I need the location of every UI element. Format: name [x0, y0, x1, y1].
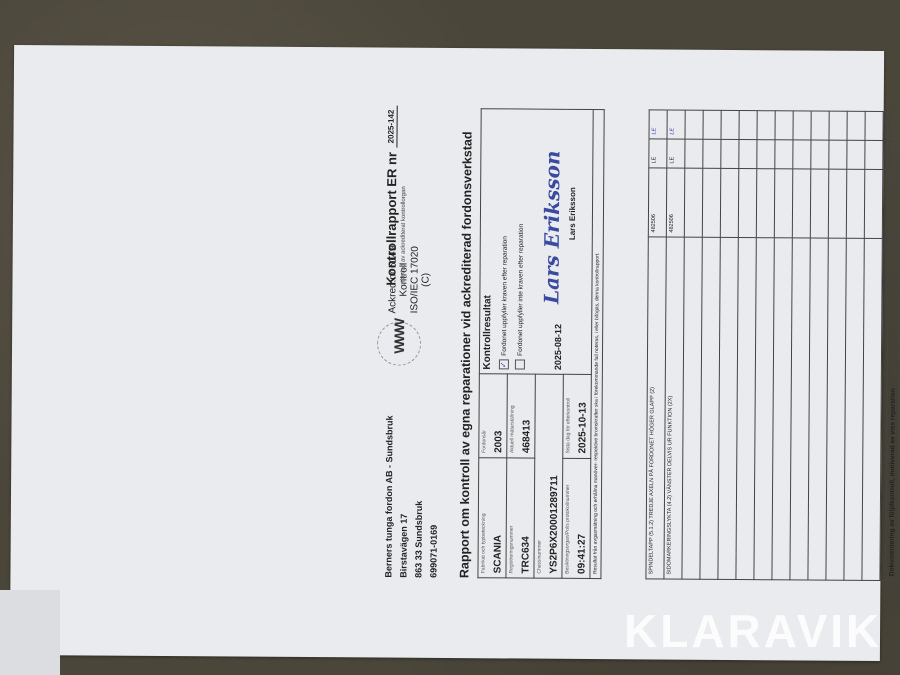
- accred-standard: ISO/IEC 17020: [409, 240, 421, 320]
- item-sign: [757, 140, 775, 169]
- fail-label: Fordonet uppfyller inte kraven efter rep…: [516, 224, 524, 356]
- make-value: SCANIA: [492, 462, 504, 574]
- item-initial: [703, 110, 721, 139]
- vehicle-note: Resultat från avgasmätning och erhållna …: [590, 110, 604, 579]
- item-description: [862, 238, 882, 580]
- signature: Lars Eriksson: [539, 150, 564, 304]
- item-initial: [775, 111, 793, 140]
- company-address: Berners tunga fordon AB - Sundsbruk Birs…: [381, 415, 442, 578]
- report-number: 2025-142: [386, 106, 397, 148]
- item-sign: [703, 139, 721, 168]
- item-sign: [685, 139, 703, 168]
- item-description: [844, 238, 864, 580]
- item-initial: [847, 111, 865, 140]
- swedac-logo-icon: WWW: [377, 322, 421, 366]
- report-subtitle: utfärdad av ackrediterat kontrollorgan: [400, 106, 407, 286]
- item-description: [754, 238, 774, 580]
- accred-class: (C): [420, 240, 432, 320]
- item-initial: LE: [649, 110, 667, 139]
- item-description: [826, 238, 846, 580]
- main-heading: Rapport om kontroll av egna reparationer…: [457, 131, 474, 578]
- item-initial: [721, 110, 739, 139]
- fail-option[interactable]: Fordonet uppfyller inte kraven efter rep…: [515, 113, 527, 369]
- odo-label: Aktuell mätarställning: [509, 379, 516, 453]
- item-initial: [811, 111, 829, 140]
- odo-value: 468413: [521, 379, 533, 453]
- deadline-label: Sista dag för efterkontroll: [565, 379, 572, 453]
- item-initial: [793, 111, 811, 140]
- result-date: 2025-08-12: [553, 324, 563, 370]
- pass-option[interactable]: ✓Fordonet uppfyller kraven efter reparat…: [499, 113, 511, 369]
- item-initial: LE: [667, 110, 685, 139]
- item-sign: [865, 140, 883, 169]
- item-description: [682, 237, 702, 579]
- company-postal: 863 33 Sundsbruk: [411, 416, 427, 578]
- chassis-value: YS2P6X20001289711: [548, 379, 560, 574]
- item-sign: LE: [667, 139, 685, 168]
- underlying-paper: [0, 590, 60, 675]
- item-code: [846, 169, 864, 238]
- reg-label: Registreringsnummer: [508, 462, 515, 573]
- company-org-nr: 699071-0169: [426, 416, 442, 578]
- company-street: Birstavägen 17: [396, 415, 412, 577]
- deadline-value: 2025-10-13: [577, 379, 589, 453]
- item-description: [790, 238, 810, 580]
- documentation-label: Dokumentering av följdkontroll, motivera…: [886, 112, 900, 581]
- vehicle-info-table: Fabrikat och typbeteckningSCANIA Fordons…: [477, 108, 604, 579]
- item-code: [738, 169, 756, 238]
- make-label: Fabrikat och typbeteckning: [480, 462, 487, 573]
- item-initial: [739, 111, 757, 140]
- item-initial: [865, 111, 883, 140]
- item-code: [792, 169, 810, 238]
- result-title: Kontrollresultat: [482, 113, 495, 369]
- item-description: [700, 237, 720, 579]
- checkbox-checked-icon[interactable]: ✓: [499, 360, 509, 370]
- item-sign: [739, 140, 757, 169]
- klaravik-watermark: KLARAVIK: [624, 604, 882, 658]
- chassis-label: Chassinummer: [536, 379, 543, 574]
- report-header: Kontrollrapport ER nr utfärdad av ackred…: [383, 106, 407, 286]
- item-code: [810, 169, 828, 238]
- signer-name: Lars Eriksson: [568, 114, 578, 240]
- reg-value: TRC634: [520, 462, 532, 574]
- paper-sheet: Berners tunga fordon AB - Sundsbruk Birs…: [10, 45, 884, 661]
- pass-label: Fordonet uppfyller kraven efter reparati…: [500, 236, 508, 356]
- item-description: [718, 237, 738, 579]
- year-label: Fordonsår: [481, 379, 488, 453]
- company-name: Berners tunga fordon AB - Sundsbruk: [381, 415, 397, 577]
- item-code: [864, 169, 882, 238]
- item-code: [702, 168, 720, 237]
- item-description: [736, 238, 756, 580]
- item-code: 482506: [648, 168, 666, 237]
- item-sign: [847, 140, 865, 169]
- item-description: [772, 238, 792, 580]
- repair-items-table: SPINDELTAPP (5.1.2) TREDJE AXELN PÅ FORD…: [645, 109, 900, 581]
- inspection-report-form: Berners tunga fordon AB - Sundsbruk Birs…: [345, 65, 900, 630]
- documentation-table: Dokumentering av följdkontroll, motivera…: [885, 111, 900, 581]
- year-value: 2003: [493, 379, 505, 453]
- item-code: [684, 168, 702, 237]
- item-code: [828, 169, 846, 238]
- protocol-value: 09:41:27: [576, 462, 588, 574]
- item-description: SIDOMARKERINGSLYKTA (4.2) VÄNSTER DELVIS…: [664, 237, 684, 579]
- item-code: 482506: [666, 168, 684, 237]
- item-sign: [775, 140, 793, 169]
- item-sign: LE: [649, 139, 667, 168]
- item-code: [720, 168, 738, 237]
- item-code: [756, 169, 774, 238]
- item-initial: [757, 111, 775, 140]
- checkbox-unchecked-icon[interactable]: [515, 360, 525, 370]
- item-sign: [811, 140, 829, 169]
- item-sign: [829, 140, 847, 169]
- protocol-label: Besiktningsorgan/Polis protokollnummer: [564, 462, 571, 573]
- item-initial: [685, 110, 703, 139]
- item-description: SPINDELTAPP (5.1.2) TREDJE AXELN PÅ FORD…: [646, 237, 666, 579]
- item-sign: [721, 139, 739, 168]
- item-initial: [829, 111, 847, 140]
- item-description: [808, 238, 828, 580]
- item-sign: [793, 140, 811, 169]
- item-code: [774, 169, 792, 238]
